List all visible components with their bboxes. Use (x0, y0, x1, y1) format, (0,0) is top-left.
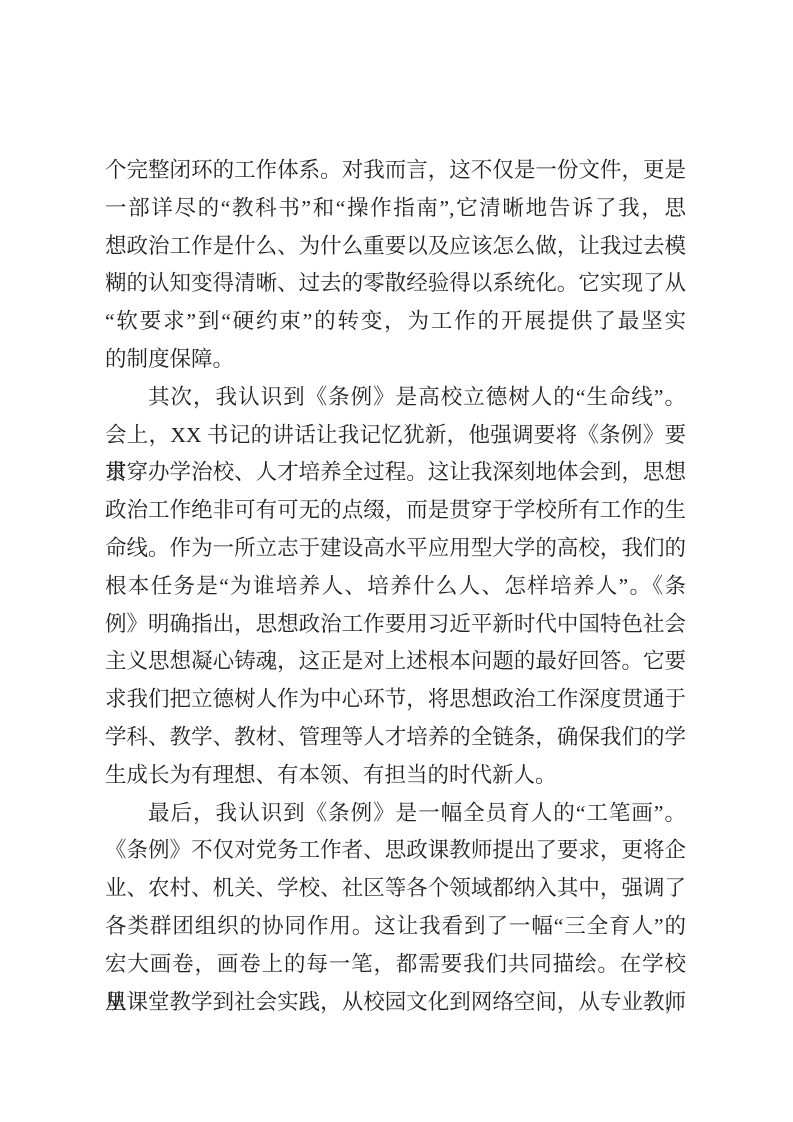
text-line: 命线。作为一所立志于建设高水平应用型大学的高校，我们的 (105, 530, 686, 568)
text-line: 一部详尽的“教科书”和“操作指南”,它清晰地告诉了我，思 (105, 190, 686, 228)
text-line: 个完整闭环的工作体系。对我而言，这不仅是一份文件，更是 (105, 152, 686, 190)
text-line: 各类群团组织的协同作用。这让我看到了一幅“三全育人”的 (105, 908, 686, 946)
text-line: 从课堂教学到社会实践，从校园文化到网络空间，从专业教师 (105, 984, 686, 1022)
text-line: 学科、教学、教材、管理等人才培养的全链条，确保我们的学 (105, 719, 686, 757)
text-line: 主义思想凝心铸魂，这正是对上述根本问题的最好回答。它要 (105, 643, 686, 681)
text-line: 糊的认知变得清晰、过去的零散经验得以系统化。它实现了从 (105, 265, 686, 303)
text-line: 政治工作绝非可有可无的点缀，而是贯穿于学校所有工作的生 (105, 492, 686, 530)
text-line: “软要求”到“硬约束”的转变，为工作的开展提供了最坚实 (105, 303, 686, 341)
text-line: 宏大画卷，画卷上的每一笔，都需要我们共同描绘。在学校里， (105, 946, 686, 984)
text-line: 例》明确指出，思想政治工作要用习近平新时代中国特色社会 (105, 606, 686, 644)
document-page: 个完整闭环的工作体系。对我而言，这不仅是一份文件，更是一部详尽的“教科书”和“操… (0, 0, 793, 1122)
text-line: 《条例》不仅对党务工作者、思政课教师提出了要求，更将企 (105, 832, 686, 870)
text-line: 求我们把立德树人作为中心环节，将思想政治工作深度贯通于 (105, 681, 686, 719)
text-line: 其次，我认识到《条例》是高校立德树人的“生命线”。 (105, 379, 686, 417)
text-line: 想政治工作是什么、为什么重要以及应该怎么做，让我过去模 (105, 228, 686, 266)
document-body: 个完整闭环的工作体系。对我而言，这不仅是一份文件，更是一部详尽的“教科书”和“操… (105, 152, 686, 1021)
text-line: 最后，我认识到《条例》是一幅全员育人的“工笔画”。 (105, 795, 686, 833)
text-line: 的制度保障。 (105, 341, 686, 379)
text-line: 会上，XX 书记的讲话让我记忆犹新，他强调要将《条例》要求 (105, 417, 686, 455)
text-line: 根本任务是“为谁培养人、培养什么人、怎样培养人”。《条 (105, 568, 686, 606)
text-line: 贯穿办学治校、人才培养全过程。这让我深刻地体会到，思想 (105, 454, 686, 492)
text-line: 生成长为有理想、有本领、有担当的时代新人。 (105, 757, 686, 795)
text-line: 业、农村、机关、学校、社区等各个领域都纳入其中，强调了 (105, 870, 686, 908)
